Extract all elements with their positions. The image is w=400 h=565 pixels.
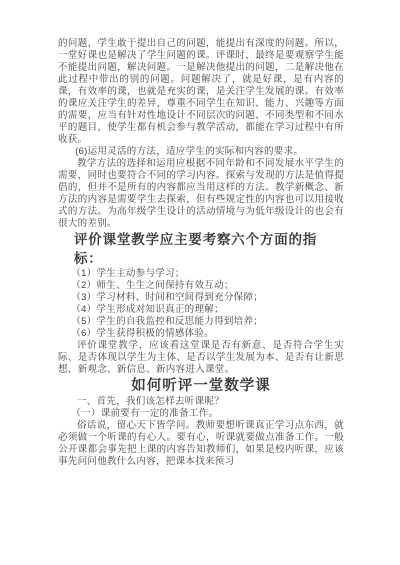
paragraph-evaluation-criteria: 评价课堂教学，应该看这堂课是否有新意、是否符合学生实际、是否体现以学生为主体、是… <box>58 340 344 376</box>
paragraph-teaching-methods: 教学方法的选择和运用应根据不同年龄和不同发展水平学生的需要，同时也要符合不同的学… <box>58 158 344 230</box>
indicator-item-1: （1）学生主动参与学习； <box>58 268 344 280</box>
heading-six-indicators: 评价课堂教学应主要考察六个方面的指标： <box>58 230 344 268</box>
indicator-item-4: （4）学生形成对知识真正的理解； <box>58 304 344 316</box>
paragraph-continuation: 的问题，学生敢于提出自己的问题，能提出有深度的问题。所以，一堂好课也是解决了学生… <box>58 38 344 146</box>
line-first-question: 一、首先，我们该怎样去听课呢？ <box>58 396 344 408</box>
indicator-item-3: （3）学习材料、时间和空间得到充分保障； <box>58 292 344 304</box>
indicator-item-6: （6）学生获得积极的情感体验。 <box>58 328 344 340</box>
document-page: 的问题，学生敢于提出自己的问题，能提出有深度的问题。所以，一堂好课也是解决了学生… <box>0 0 400 565</box>
document-body: 的问题，学生敢于提出自己的问题，能提出有深度的问题。所以，一堂好课也是解决了学生… <box>0 0 400 565</box>
indicator-item-2: （2）师生、生生之间保持有效互动； <box>58 280 344 292</box>
paragraph-preparation: 俗话说，留心天下皆学问。教师要想听课真正学习点东西，就必须做一个听课的有心人。要… <box>58 420 344 468</box>
indicator-item-5: （5）学生的自我监控和反思能力得到培养； <box>58 316 344 328</box>
heading-how-to-listen: 如何听评一堂数学课 <box>58 376 344 396</box>
line-preparation-subheading: （一）课前要有一定的准备工作。 <box>58 408 344 420</box>
paragraph-point-6: (6)运用灵活的方法，适应学生的实际和内容的要求。 <box>58 146 344 158</box>
